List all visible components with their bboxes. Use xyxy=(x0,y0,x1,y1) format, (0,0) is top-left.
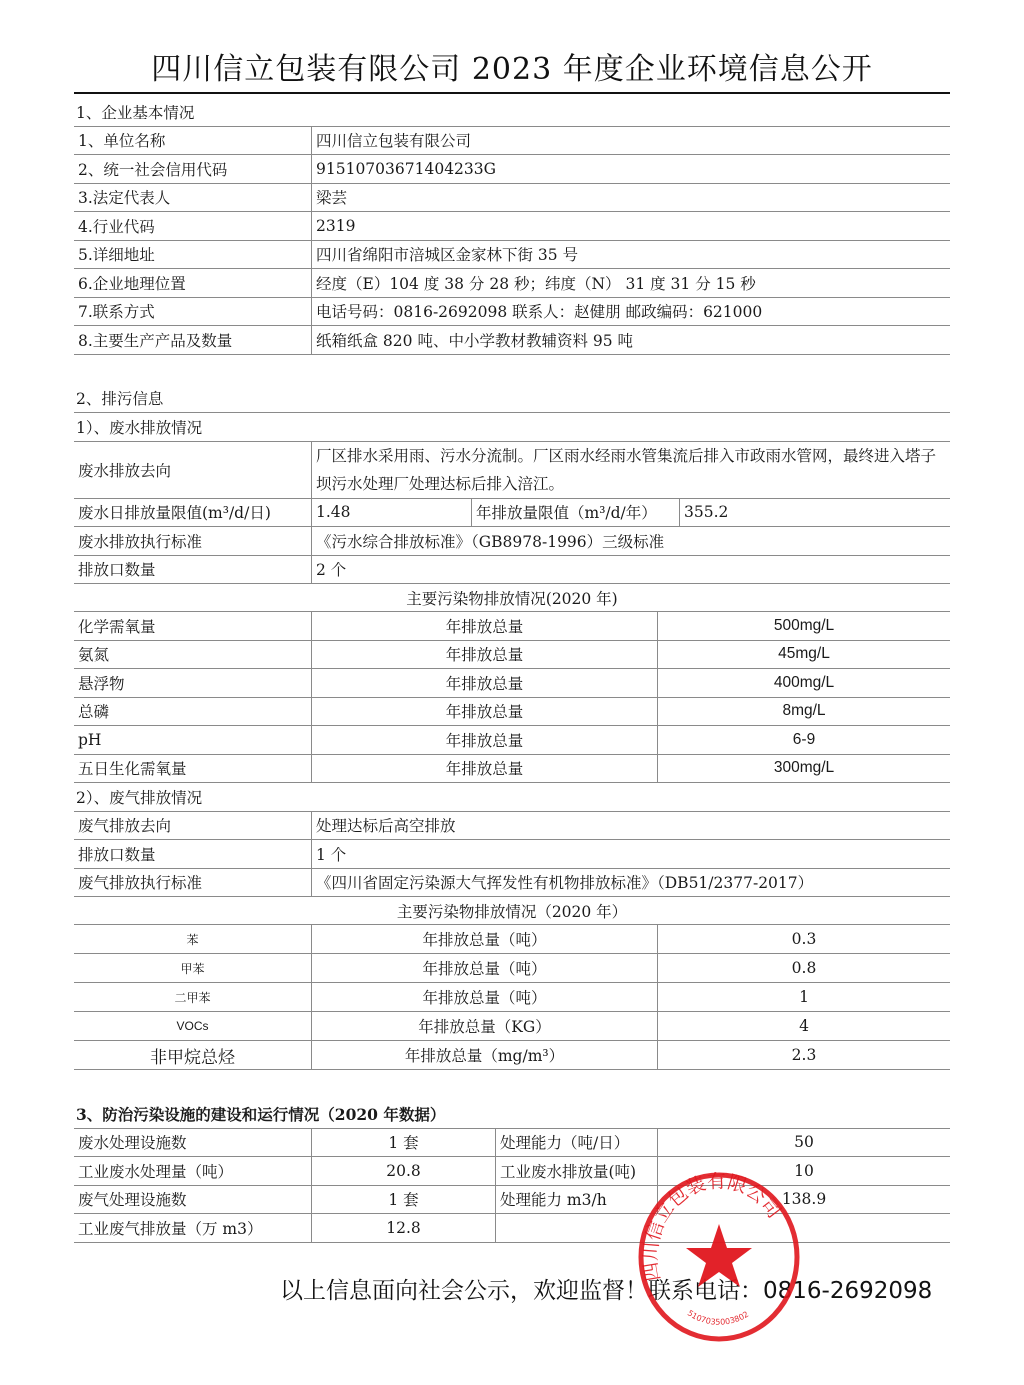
table-row: 4.行业代码 2319 xyxy=(74,212,950,241)
table-row: pH 年排放总量 6-9 xyxy=(74,726,950,755)
row-label: 废气排放去向 xyxy=(74,812,312,840)
facility-label: 废水处理设施数 xyxy=(74,1129,312,1157)
pollutant-metric: 年排放总量 xyxy=(312,669,658,697)
pollutant-name: 五日生化需氧量 xyxy=(74,755,312,783)
pollutant-value: 8mg/L xyxy=(658,698,950,726)
row-label: 年排放量限值（m³/d/年） xyxy=(472,499,680,527)
facility-value: 20.8 xyxy=(312,1157,496,1185)
row-value: 2319 xyxy=(312,212,950,240)
table-row: 废气排放执行标准 《四川省固定污染源大气挥发性有机物排放标准》（DB51/237… xyxy=(74,869,950,898)
wastewater-pollutants-caption: 主要污染物排放情况(2020 年) xyxy=(74,584,950,612)
row-label: 4.行业代码 xyxy=(74,212,312,240)
pollutant-name: 化学需氧量 xyxy=(74,612,312,640)
row-value: 《污水综合排放标准》（GB8978-1996）三级标准 xyxy=(312,527,950,555)
table-row: 总磷 年排放总量 8mg/L xyxy=(74,698,950,727)
row-label: 废水排放去向 xyxy=(74,442,312,498)
table-row: 化学需氧量 年排放总量 500mg/L xyxy=(74,612,950,641)
table-row: 废气排放去向 处理达标后高空排放 xyxy=(74,812,950,841)
facility-label: 工业废气排放量（万 m3） xyxy=(74,1214,312,1242)
pollutant-metric: 年排放总量（KG） xyxy=(312,1012,658,1040)
pollutant-value: 2.3 xyxy=(658,1041,950,1069)
facility-value: 1 套 xyxy=(312,1186,496,1214)
pollutant-metric: 年排放总量 xyxy=(312,641,658,669)
pollutant-value: 400mg/L xyxy=(658,669,950,697)
table-row: VOCs 年排放总量（KG） 4 xyxy=(74,1012,950,1041)
title-divider xyxy=(74,92,950,94)
row-value: 91510703671404233G xyxy=(312,155,950,183)
section2-heading: 2、排污信息 xyxy=(74,385,950,414)
pollutant-value: 0.8 xyxy=(658,954,950,982)
table-row: 8.主要生产产品及数量 纸箱纸盒 820 吨、中小学教材教辅资料 95 吨 xyxy=(74,326,950,355)
row-value: 梁芸 xyxy=(312,184,950,212)
table-row: 废水日排放量限值(m³/d/日) 1.48 年排放量限值（m³/d/年） 355… xyxy=(74,499,950,528)
row-label: 排放口数量 xyxy=(74,840,312,868)
wastewater-heading: 1）、废水排放情况 xyxy=(74,413,950,442)
row-value: 纸箱纸盒 820 吨、中小学教材教辅资料 95 吨 xyxy=(312,326,950,354)
svg-text:5107035003802: 5107035003802 xyxy=(686,1309,751,1327)
pollutant-value: 500mg/L xyxy=(658,612,950,640)
row-label: 2、统一社会信用代码 xyxy=(74,155,312,183)
page-title: 四川信立包装有限公司 2023 年度企业环境信息公开 xyxy=(0,44,1024,88)
row-label: 废水日排放量限值(m³/d/日) xyxy=(74,499,312,527)
pollutant-value: 4 xyxy=(658,1012,950,1040)
exhaust-heading: 2）、废气排放情况 xyxy=(74,783,950,812)
table-row: 2、统一社会信用代码 91510703671404233G xyxy=(74,155,950,184)
table-row: 氨氮 年排放总量 45mg/L xyxy=(74,641,950,670)
pollutant-metric: 年排放总量 xyxy=(312,755,658,783)
table-row: 废水排放执行标准 《污水综合排放标准》（GB8978-1996）三级标准 xyxy=(74,527,950,556)
row-value: 厂区排水采用雨、污水分流制。厂区雨水经雨水管集流后排入市政雨水管网，最终进入塔子… xyxy=(312,442,950,498)
pollutant-metric: 年排放总量 xyxy=(312,612,658,640)
row-value: 四川信立包装有限公司 xyxy=(312,127,950,155)
exhaust-pollutants-caption: 主要污染物排放情况（2020 年） xyxy=(74,897,950,925)
table-row: 6.企业地理位置 经度（E）104 度 38 分 28 秒；纬度（N） 31 度… xyxy=(74,269,950,298)
pollutant-metric: 年排放总量（吨） xyxy=(312,983,658,1011)
pollutant-metric: 年排放总量（吨） xyxy=(312,954,658,982)
table-row: 排放口数量 2 个 xyxy=(74,556,950,585)
row-label: 1、单位名称 xyxy=(74,127,312,155)
table-row: 5.详细地址 四川省绵阳市涪城区金家林下街 35 号 xyxy=(74,241,950,270)
row-value: 2 个 xyxy=(312,556,950,584)
pollutant-name: 苯 xyxy=(74,925,312,953)
pollutant-value: 1 xyxy=(658,983,950,1011)
row-label: 排放口数量 xyxy=(74,556,312,584)
section1-heading: 1、企业基本情况 xyxy=(74,98,950,127)
row-value: 1.48 xyxy=(312,499,472,527)
table-row: 废水处理设施数 1 套 处理能力（吨/日） 50 xyxy=(74,1129,950,1158)
row-label: 5.详细地址 xyxy=(74,241,312,269)
pollutant-name: 甲苯 xyxy=(74,954,312,982)
row-label: 3.法定代表人 xyxy=(74,184,312,212)
table-row: 废水排放去向 厂区排水采用雨、污水分流制。厂区雨水经雨水管集流后排入市政雨水管网… xyxy=(74,442,950,499)
table-row: 五日生化需氧量 年排放总量 300mg/L xyxy=(74,755,950,784)
table-row: 工业废气排放量（万 m3） 12.8 xyxy=(74,1214,950,1243)
row-label: 7.联系方式 xyxy=(74,298,312,326)
facility-label: 工业废水处理量（吨） xyxy=(74,1157,312,1185)
company-seal-icon: 四川信立包装有限公司 5107035003802 xyxy=(634,1172,804,1342)
row-value: 《四川省固定污染源大气挥发性有机物排放标准》（DB51/2377-2017） xyxy=(312,869,950,897)
row-value: 1 个 xyxy=(312,840,950,868)
table-row: 工业废水处理量（吨） 20.8 工业废水排放量(吨) 10 xyxy=(74,1157,950,1186)
table-row: 废气处理设施数 1 套 处理能力 m3/h 138.9 xyxy=(74,1186,950,1215)
pollutant-value: 0.3 xyxy=(658,925,950,953)
section3-heading: 3、防治污染设施的建设和运行情况（2020 年数据） xyxy=(74,1100,950,1129)
pollutant-metric: 年排放总量（吨） xyxy=(312,925,658,953)
spacer xyxy=(74,1070,950,1100)
table-row: 悬浮物 年排放总量 400mg/L xyxy=(74,669,950,698)
row-value: 四川省绵阳市涪城区金家林下街 35 号 xyxy=(312,241,950,269)
row-value: 经度（E）104 度 38 分 28 秒；纬度（N） 31 度 31 分 15 … xyxy=(312,269,950,297)
basic-info-table: 1、单位名称 四川信立包装有限公司 2、统一社会信用代码 91510703671… xyxy=(74,127,950,355)
table-row: 甲苯 年排放总量（吨） 0.8 xyxy=(74,954,950,983)
facilities-table: 废水处理设施数 1 套 处理能力（吨/日） 50 工业废水处理量（吨） 20.8… xyxy=(74,1129,950,1243)
pollutant-value: 45mg/L xyxy=(658,641,950,669)
row-label: 废水排放执行标准 xyxy=(74,527,312,555)
table-row: 3.法定代表人 梁芸 xyxy=(74,184,950,213)
facility-value: 1 套 xyxy=(312,1129,496,1157)
row-value: 处理达标后高空排放 xyxy=(312,812,950,840)
pollutant-metric: 年排放总量（mg/m³） xyxy=(312,1041,658,1069)
pollutant-name: 总磷 xyxy=(74,698,312,726)
pollutant-name: 非甲烷总烃 xyxy=(74,1041,312,1069)
exhaust-pollutants-table: 苯 年排放总量（吨） 0.3 甲苯 年排放总量（吨） 0.8 二甲苯 年排放总量… xyxy=(74,925,950,1070)
facility-label: 处理能力（吨/日） xyxy=(496,1129,658,1157)
table-row: 苯 年排放总量（吨） 0.3 xyxy=(74,925,950,954)
table-row: 排放口数量 1 个 xyxy=(74,840,950,869)
row-value: 355.2 xyxy=(680,499,950,527)
pollutant-name: 悬浮物 xyxy=(74,669,312,697)
pollutant-value: 6-9 xyxy=(658,726,950,754)
pollutant-name: VOCs xyxy=(74,1012,312,1040)
footer-notice: 以上信息面向社会公示，欢迎监督！联系电话：0816-2692098 xyxy=(280,1272,932,1305)
row-label: 6.企业地理位置 xyxy=(74,269,312,297)
facility-value: 50 xyxy=(658,1129,950,1157)
table-row: 二甲苯 年排放总量（吨） 1 xyxy=(74,983,950,1012)
table-row: 1、单位名称 四川信立包装有限公司 xyxy=(74,127,950,156)
disclosure-sheet: 1、企业基本情况 1、单位名称 四川信立包装有限公司 2、统一社会信用代码 91… xyxy=(74,98,950,1243)
row-label: 废气排放执行标准 xyxy=(74,869,312,897)
facility-value: 12.8 xyxy=(312,1214,496,1242)
pollutant-name: pH xyxy=(74,726,312,754)
table-row: 7.联系方式 电话号码：0816-2692098 联系人：赵健朋 邮政编码：62… xyxy=(74,298,950,327)
wastewater-pollutants-table: 化学需氧量 年排放总量 500mg/L 氨氮 年排放总量 45mg/L 悬浮物 … xyxy=(74,612,950,783)
pollutant-metric: 年排放总量 xyxy=(312,698,658,726)
row-value: 电话号码：0816-2692098 联系人：赵健朋 邮政编码：621000 xyxy=(312,298,950,326)
table-row: 非甲烷总烃 年排放总量（mg/m³） 2.3 xyxy=(74,1041,950,1070)
spacer xyxy=(74,355,950,385)
pollutant-name: 二甲苯 xyxy=(74,983,312,1011)
facility-label: 废气处理设施数 xyxy=(74,1186,312,1214)
pollutant-name: 氨氮 xyxy=(74,641,312,669)
row-label: 8.主要生产产品及数量 xyxy=(74,326,312,354)
pollutant-value: 300mg/L xyxy=(658,755,950,783)
pollutant-metric: 年排放总量 xyxy=(312,726,658,754)
